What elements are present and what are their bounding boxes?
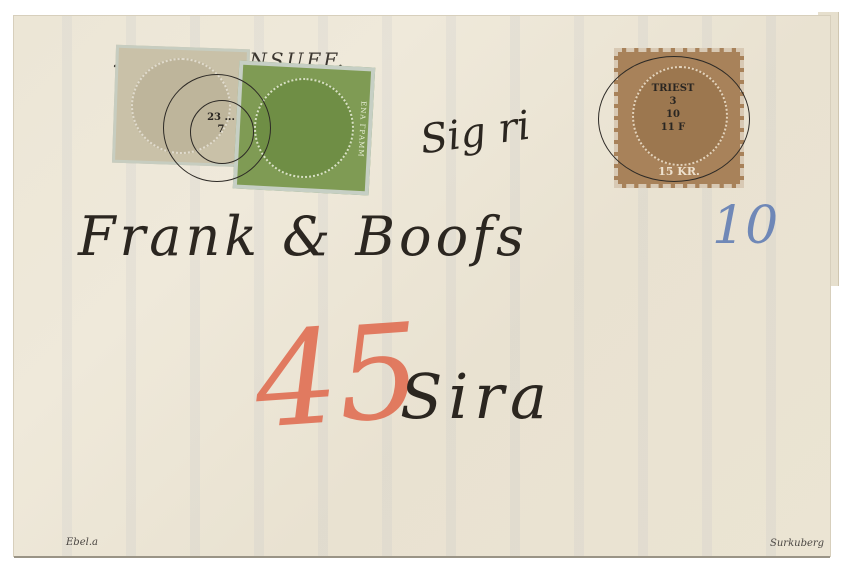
blue-crayon-marking: 10 xyxy=(712,196,778,256)
postmark-triest-text: TRIEST 3 10 11 F xyxy=(648,82,698,134)
postmark-date-2: 10 xyxy=(648,108,698,121)
postmark-left-text: 23 ... 7 xyxy=(206,112,236,136)
postmark-date-3: 11 F xyxy=(648,121,698,134)
handwritten-destination: Sira xyxy=(400,360,553,433)
postmark-date-1: 3 xyxy=(648,95,698,108)
handwritten-addressee: Frank & Boofs xyxy=(78,205,528,268)
pencil-note-left: Ebel.a xyxy=(66,537,98,548)
pencil-signature-right: Surkuberg xyxy=(770,538,824,549)
postmark-town: TRIEST xyxy=(648,82,698,95)
stamp-denomination: ΕΝΑ ΓΡΑΜΜ xyxy=(357,101,368,158)
